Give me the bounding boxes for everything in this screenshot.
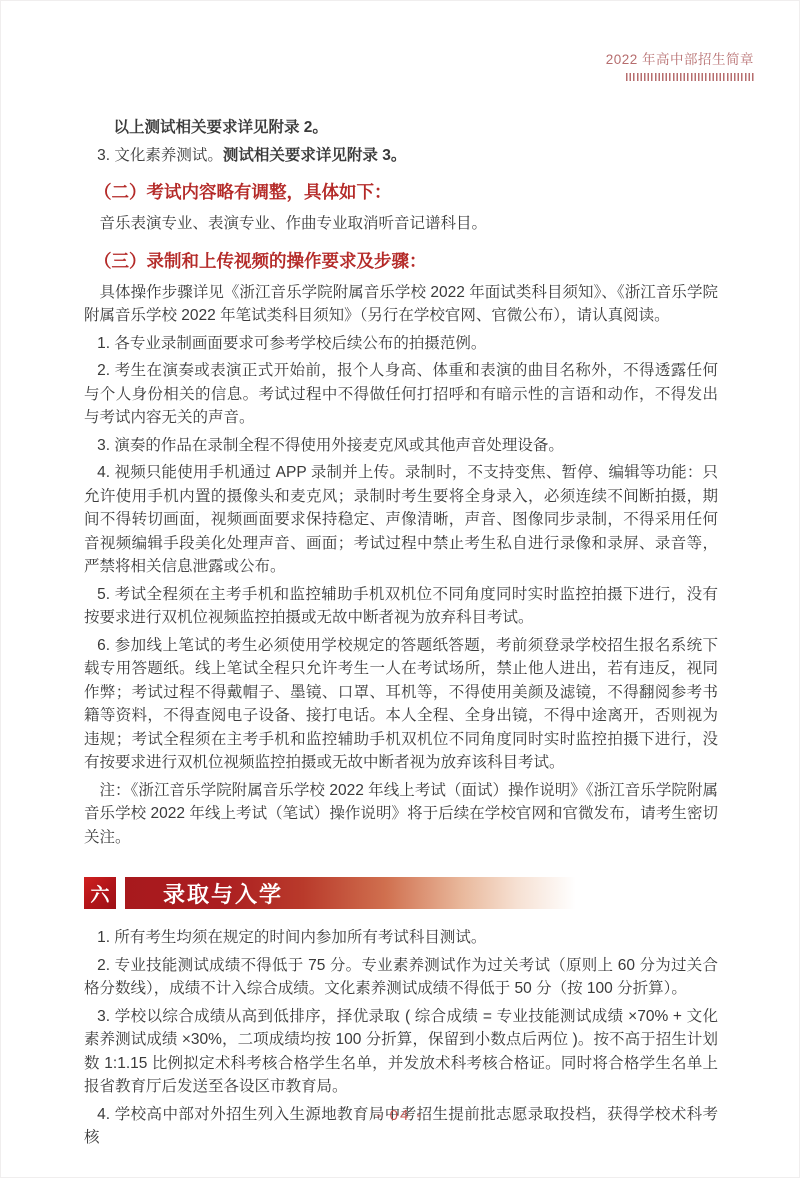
brochure-page: 2022 年高中部招生简章 以上测试相关要求详见附录 2。 3. 文化素养测试。…: [0, 0, 800, 1178]
section6-banner: 六 录取与入学: [84, 877, 718, 909]
step-1: 1. 各专业录制画面要求可参考学校后续公布的拍摄范例。: [84, 332, 718, 356]
page-number: - 04 -: [0, 1107, 800, 1124]
section2-body: 音乐表演专业、表演专业、作曲专业取消听音记谱科目。: [84, 212, 718, 236]
culture-test-prefix: 3. 文化素养测试。: [97, 147, 223, 164]
note-paragraph: 注：《浙江音乐学院附属音乐学校 2022 年线上考试（面试）操作说明》《浙江音乐…: [84, 779, 718, 850]
admission-item-2: 2. 专业技能测试成绩不得低于 75 分。专业素养测试作为过关考试（原则上 60…: [84, 954, 718, 1001]
culture-test-item: 3. 文化素养测试。测试相关要求详见附录 3。: [84, 144, 718, 168]
section6-title-bar: 录取与入学: [125, 877, 718, 909]
admission-item-1: 1. 所有考生均须在规定的时间内参加所有考试科目测试。: [84, 926, 718, 950]
step-4: 4. 视频只能使用手机通过 APP 录制并上传。录制时，不支持变焦、暂停、编辑等…: [84, 461, 718, 579]
section3-heading: （三）录制和上传视频的操作要求及步骤：: [84, 249, 718, 274]
section6-number-badge: 六: [84, 877, 116, 909]
section3-intro: 具体操作步骤详见《浙江音乐学院附属音乐学校 2022 年面试类科目须知》、《浙江…: [84, 281, 718, 328]
step-6: 6. 参加线上笔试的考生必须使用学校规定的答题纸答题，考前须登录学校招生报名系统…: [84, 634, 718, 775]
page-content: 以上测试相关要求详见附录 2。 3. 文化素养测试。测试相关要求详见附录 3。 …: [0, 0, 800, 1154]
section2-heading: （二）考试内容略有调整，具体如下：: [84, 180, 718, 205]
step-3: 3. 演奏的作品在录制全程不得使用外接麦克风或其他声音处理设备。: [84, 434, 718, 458]
section6-title: 录取与入学: [163, 878, 283, 909]
banner-gap: [116, 877, 125, 909]
step-2: 2. 考生在演奏或表演正式开始前，报个人身高、体重和表演的曲目名称外，不得透露任…: [84, 359, 718, 430]
step-5: 5. 考试全程须在主考手机和监控辅助手机双机位不同角度同时实时监控拍摄下进行，没…: [84, 583, 718, 630]
admission-item-3: 3. 学校以综合成绩从高到低排序，择优录取 ( 综合成绩 = 专业技能测试成绩 …: [84, 1005, 718, 1099]
culture-test-requirement: 测试相关要求详见附录 3。: [223, 147, 406, 164]
appendix2-line: 以上测试相关要求详见附录 2。: [84, 116, 718, 140]
